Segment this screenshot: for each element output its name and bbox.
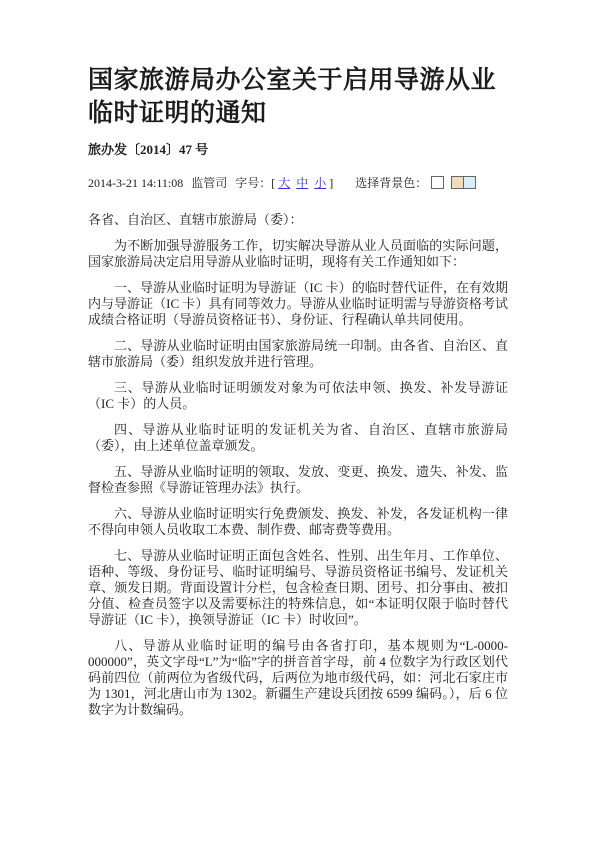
publish-datetime: 2014-3-21 14:11:08 [88, 176, 183, 190]
font-size-label: 字号： [235, 176, 271, 190]
bg-swatch-pair [451, 176, 476, 190]
bg-swatch-white[interactable] [431, 176, 444, 189]
bracket-open: [ [271, 176, 275, 190]
salutation: 各省、自治区、直辖市旅游局（委）： [88, 212, 508, 228]
font-size-medium-link[interactable]: 中 [296, 176, 308, 190]
font-size-large-link[interactable]: 大 [278, 176, 290, 190]
paragraph: 七、导游从业临时证明正面包含姓名、性别、出生年月、工作单位、语种、等级、身份证号… [88, 548, 508, 628]
font-size-small-link[interactable]: 小 [314, 176, 326, 190]
paragraph: 为不断加强导游服务工作，切实解决导游从业人员面临的实际问题，国家旅游局决定启用导… [88, 238, 508, 270]
department-label: 监管司 [191, 176, 227, 190]
document-page: 国家旅游局办公室关于启用导游从业临时证明的通知 旅办发〔2014〕47 号 20… [0, 0, 595, 842]
bg-color-label: 选择背景色： [355, 176, 427, 190]
bracket-close: ] [329, 176, 333, 190]
doc-number: 旅办发〔2014〕47 号 [88, 141, 508, 158]
paragraph: 四、导游从业临时证明的发证机关为省、自治区、直辖市旅游局（委），由上述单位盖章颁… [88, 422, 508, 454]
paragraph: 五、导游从业临时证明的领取、发放、变更、换发、遗失、补发、监督检查参照《导游证管… [88, 464, 508, 496]
paragraph: 三、导游从业临时证明颁发对象为可依法申领、换发、补发导游证（IC 卡）的人员。 [88, 380, 508, 412]
paragraph-list: 为不断加强导游服务工作，切实解决导游从业人员面临的实际问题，国家旅游局决定启用导… [88, 238, 508, 718]
paragraph: 一、导游从业临时证明为导游证（IC 卡）的临时替代证件，在有效期内与导游证（IC… [88, 280, 508, 328]
page-title: 国家旅游局办公室关于启用导游从业临时证明的通知 [88, 64, 508, 130]
paragraph: 二、导游从业临时证明由国家旅游局统一印制。由各省、自治区、直辖市旅游局（委）组织… [88, 338, 508, 370]
meta-line: 2014-3-21 14:11:08监管司字号：[大中小]选择背景色： [88, 175, 508, 191]
paragraph: 六、导游从业临时证明实行免费颁发、换发、补发，各发证机构一律不得向申领人员收取工… [88, 506, 508, 538]
bg-swatch-blue[interactable] [463, 176, 476, 189]
paragraph: 八、导游从业临时证明的编号由各省打印，基本规则为“L-0000-000000”，… [88, 638, 508, 718]
document-body: 各省、自治区、直辖市旅游局（委）： 为不断加强导游服务工作，切实解决导游从业人员… [88, 212, 508, 718]
